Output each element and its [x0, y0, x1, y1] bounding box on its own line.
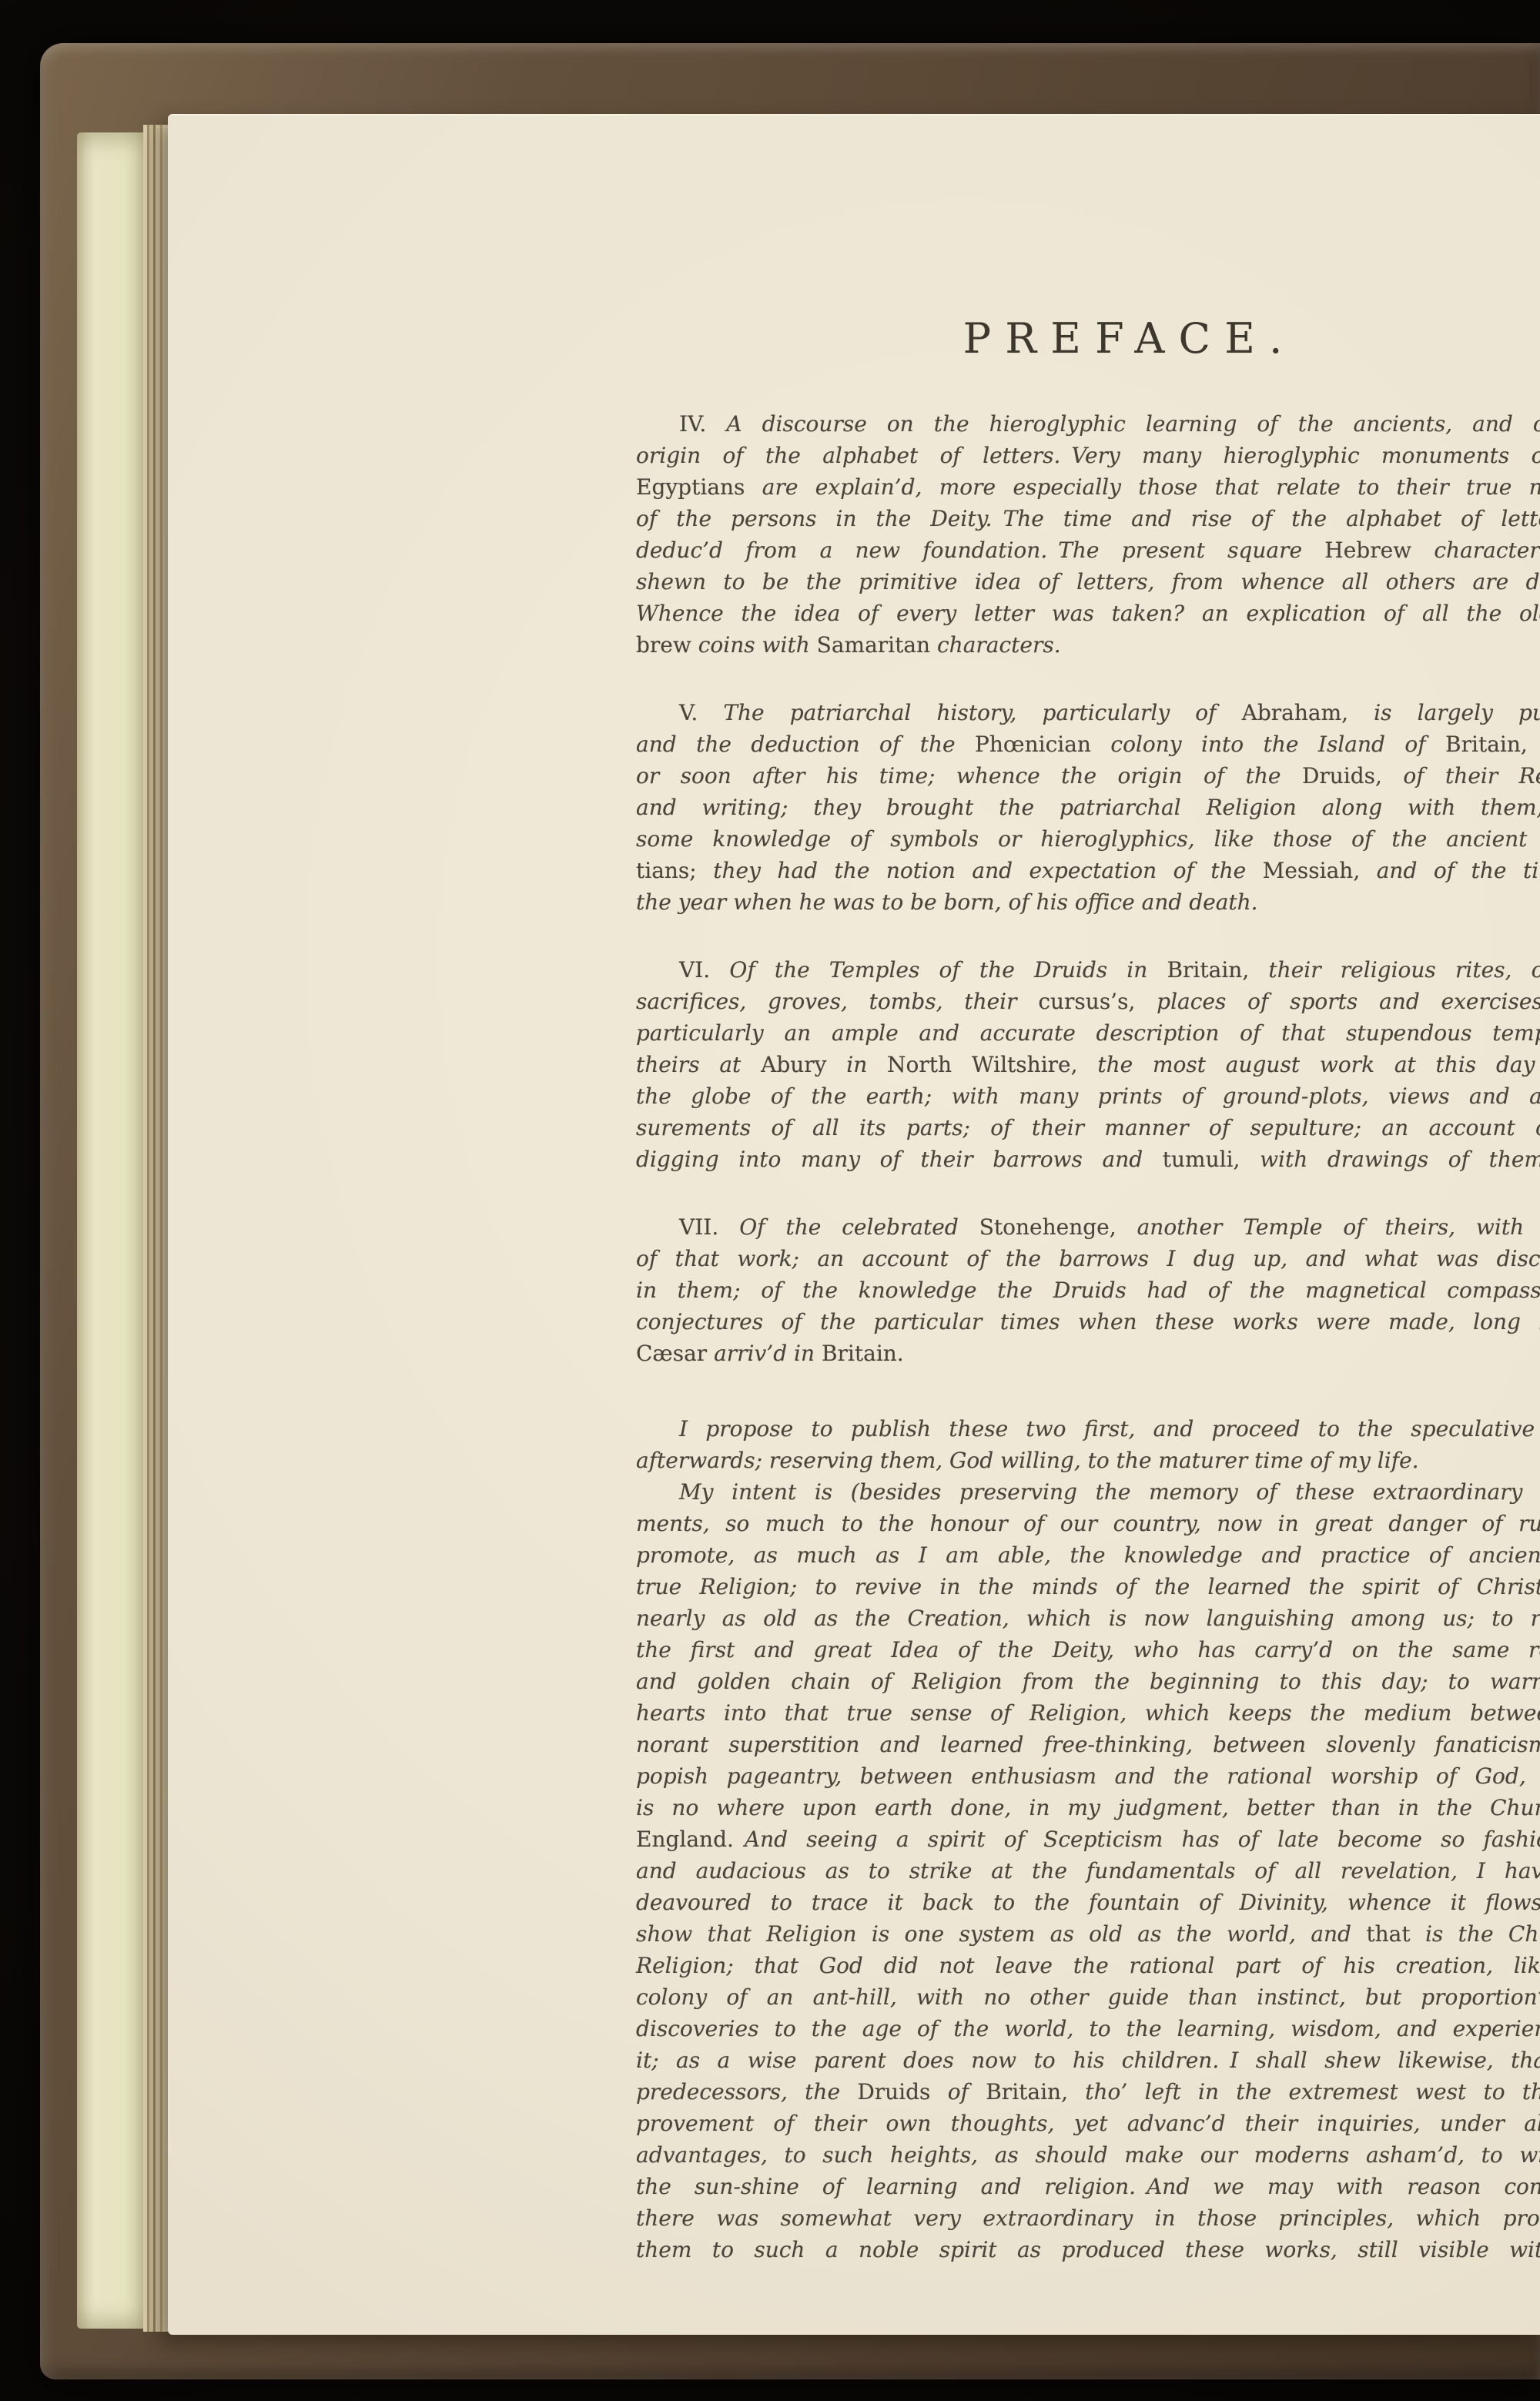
catchword-line: which — [636, 2265, 1540, 2297]
paragraph: IV. A discourse on the hieroglyphic lear… — [636, 408, 1540, 661]
text-line: Egyptians are explain’d, more especially… — [636, 471, 1540, 503]
page-edge-stack — [143, 125, 168, 2332]
text-line: theirs at Abury in North Wiltshire, the … — [636, 1049, 1540, 1080]
text-line: and writing; they brought the patriarcha… — [636, 792, 1540, 823]
text-line: the first and great Idea of the Deity, w… — [636, 1634, 1540, 1666]
paragraph: My intent is (besides preserving the mem… — [636, 1476, 1540, 2297]
text-line: digging into many of their barrows and t… — [636, 1144, 1540, 1175]
text-line: afterwards; reserving them, God willing,… — [636, 1445, 1540, 1476]
text-line: deduc’d from a new foundation. The prese… — [636, 534, 1540, 566]
text-line: shewn to be the primitive idea of letter… — [636, 566, 1540, 598]
text-line: norant superstition and learned free-thi… — [636, 1729, 1540, 1760]
book-page: PREFACE. IV. A discourse on the hierogly… — [168, 114, 1540, 2335]
paragraph: V. The patriarchal history, particularly… — [636, 697, 1540, 918]
text-line: brew coins with Samaritan characters. — [636, 629, 1540, 661]
text-line: and golden chain of Religion from the be… — [636, 1666, 1540, 1697]
text-line: them to such a noble spirit as produced … — [636, 2234, 1540, 2265]
text-line: discoveries to the age of the world, to … — [636, 2013, 1540, 2044]
text-line: England. And seeing a spirit of Sceptici… — [636, 1823, 1540, 1855]
text-line: I propose to publish these two first, an… — [636, 1413, 1540, 1445]
photo-backdrop: PREFACE. IV. A discourse on the hierogly… — [0, 0, 1540, 2401]
paragraph: I propose to publish these two first, an… — [636, 1413, 1540, 1476]
text-line: sacrifices, groves, tombs, their cursus’… — [636, 986, 1540, 1017]
text-line: VI. Of the Temples of the Druids in Brit… — [636, 954, 1540, 986]
text-line: in them; of the knowledge the Druids had… — [636, 1274, 1540, 1306]
text-line: and the deduction of the Phœnician colon… — [636, 728, 1540, 760]
text-line: surements of all its parts; of their man… — [636, 1112, 1540, 1144]
text-line: nearly as old as the Creation, which is … — [636, 1602, 1540, 1634]
paragraph: VI. Of the Temples of the Druids in Brit… — [636, 954, 1540, 1175]
flyleaf-fore-edge — [77, 132, 143, 2329]
text-line: origin of the alphabet of letters. Very … — [636, 440, 1540, 471]
text-line: Cæsar arriv’d in Britain. — [636, 1338, 1540, 1369]
text-line: the year when he was to be born, of his … — [636, 886, 1540, 918]
text-line: IV. A discourse on the hieroglyphic lear… — [636, 408, 1540, 440]
text-line: predecessors, the Druids of Britain, tho… — [636, 2076, 1540, 2108]
text-line: hearts into that true sense of Religion,… — [636, 1697, 1540, 1729]
page-title: PREFACE. — [636, 314, 1540, 363]
paragraph: VII. Of the celebrated Stonehenge, anoth… — [636, 1211, 1540, 1369]
text-line: popish pageantry, between enthusiasm and… — [636, 1760, 1540, 1792]
text-line: and audacious as to strike at the fundam… — [636, 1855, 1540, 1887]
text-line: the globe of the earth; with many prints… — [636, 1080, 1540, 1112]
text-line: provement of their own thoughts, yet adv… — [636, 2108, 1540, 2139]
text-line: there was somewhat very extraordinary in… — [636, 2202, 1540, 2234]
text-line: or soon after his time; whence the origi… — [636, 760, 1540, 792]
text-line: colony of an ant-hill, with no other gui… — [636, 1981, 1540, 2013]
text-line: V. The patriarchal history, particularly… — [636, 697, 1540, 728]
text-line: particularly an ample and accurate descr… — [636, 1017, 1540, 1049]
text-line: tians; they had the notion and expectati… — [636, 855, 1540, 886]
text-line: some knowledge of symbols or hieroglyphi… — [636, 823, 1540, 855]
text-line: of that work; an account of the barrows … — [636, 1243, 1540, 1274]
text-line: ments, so much to the honour of our coun… — [636, 1508, 1540, 1539]
text-line: advantages, to such heights, as should m… — [636, 2139, 1540, 2171]
text-line: Religion; that God did not leave the rat… — [636, 1950, 1540, 1981]
text-line: of the persons in the Deity. The time an… — [636, 503, 1540, 534]
text-line: is no where upon earth done, in my judgm… — [636, 1792, 1540, 1823]
text-line: the sun-shine of learning and religion. … — [636, 2171, 1540, 2202]
text-line: conjectures of the particular times when… — [636, 1306, 1540, 1338]
text-line: deavoured to trace it back to the founta… — [636, 1887, 1540, 1918]
text-line: it; as a wise parent does now to his chi… — [636, 2044, 1540, 2076]
text-line: show that Religion is one system as old … — [636, 1918, 1540, 1950]
text-line: promote, as much as I am able, the knowl… — [636, 1539, 1540, 1571]
text-line: My intent is (besides preserving the mem… — [636, 1476, 1540, 1508]
text-line: VII. Of the celebrated Stonehenge, anoth… — [636, 1211, 1540, 1243]
text-block: IV. A discourse on the hieroglyphic lear… — [636, 408, 1540, 2297]
text-line: true Religion; to revive in the minds of… — [636, 1571, 1540, 1602]
text-line: Whence the idea of every letter was take… — [636, 598, 1540, 629]
